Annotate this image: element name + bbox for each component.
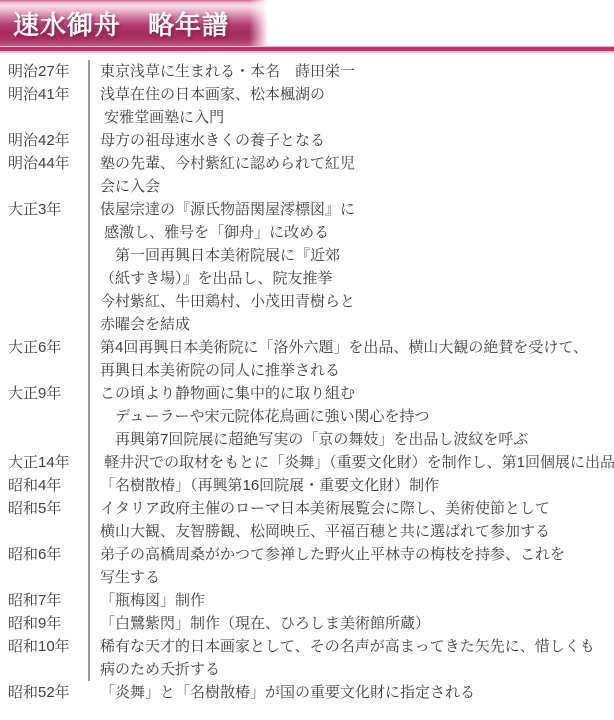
chronology-row: 昭和6年 弟子の高橋周桑がかつて参禅した野火止平林寺の梅枝を持参、これを写生する [0, 543, 614, 589]
chronology-row: 昭和5年 イタリア政府主催のローマ日本美術展覧会に際し、美術使節として横山大観、… [0, 497, 614, 543]
event-lines: 「瓶梅図」制作 [90, 589, 614, 612]
event-lines: 東京浅草に生まれる・本名 蒔田栄一 [90, 60, 614, 83]
era-year-label: 昭和10年 [0, 635, 90, 681]
era-year-label: 明治44年 [0, 152, 90, 198]
event-lines: 塾の先輩、今村紫紅に認められて紅児会に入会 [90, 152, 614, 198]
event-line: 感激し、雅号を「御舟」に改める [100, 221, 614, 244]
era-year-label: 大正14年 [0, 451, 90, 474]
chronology-row: 昭和52年 「炎舞」と「名樹散椿」が国の重要文化財に指定される [0, 681, 614, 704]
chronology-row: 大正14年 軽井沢での取材をもとに「炎舞」（重要文化財）を制作し、第1回個展に出… [0, 451, 614, 474]
event-lines: 浅草在住の日本画家、松本楓湖の 安雅堂画塾に入門 [90, 83, 614, 129]
event-line: 塾の先輩、今村紫紅に認められて紅児 [100, 152, 614, 175]
event-line: 俵屋宗達の『源氏物語関屋澪標図』に [100, 198, 614, 221]
era-year-label: 明治41年 [0, 83, 90, 129]
era-year-label: 昭和5年 [0, 497, 90, 543]
event-line: デューラーや宋元院体花鳥画に強い関心を持つ [100, 405, 614, 428]
chronology-row: 明治41年 浅草在住の日本画家、松本楓湖の 安雅堂画塾に入門 [0, 83, 614, 129]
era-year-label: 昭和4年 [0, 474, 90, 497]
era-year-label: 明治27年 [0, 60, 90, 83]
chronology-row: 明治42年 母方の祖母速水きくの養子となる [0, 129, 614, 152]
event-line: 軽井沢での取材をもとに「炎舞」（重要文化財）を制作し、第1回個展に出品 [100, 451, 614, 474]
header-rule [0, 46, 614, 53]
event-line: 弟子の高橋周桑がかつて参禅した野火止平林寺の梅枝を持参、これを [100, 543, 614, 566]
chronology-row: 大正6年 第4回再興日本美術院に「洛外六題」を出品、横山大観の絶賛を受けて、再興… [0, 336, 614, 382]
era-year-label: 大正3年 [0, 198, 90, 336]
chronology-row: 昭和7年 「瓶梅図」制作 [0, 589, 614, 612]
event-line: 会に入会 [100, 175, 614, 198]
event-line: 安雅堂画塾に入門 [100, 106, 614, 129]
event-line: この頃より静物画に集中的に取り組む [100, 382, 614, 405]
event-line: 横山大観、友智勝観、松岡映丘、平福百穂と共に選ばれて参加する [100, 520, 614, 543]
event-line: 再興日本美術院の同人に推挙される [100, 359, 614, 382]
chronology-row: 大正3年 俵屋宗達の『源氏物語関屋澪標図』に 感激し、雅号を「御舟」に改める 第… [0, 198, 614, 336]
chronology-row: 明治27年 東京浅草に生まれる・本名 蒔田栄一 [0, 60, 614, 83]
event-lines: 俵屋宗達の『源氏物語関屋澪標図』に 感激し、雅号を「御舟」に改める 第一回再興日… [90, 198, 614, 336]
event-line: （紙すき場）』を出品し、院友推挙 [100, 267, 614, 290]
event-lines: この頃より静物画に集中的に取り組む デューラーや宋元院体花鳥画に強い関心を持つ … [90, 382, 614, 451]
page-title-bar: 速水御舟 略年譜 [0, 0, 268, 46]
event-line: 第4回再興日本美術院に「洛外六題」を出品、横山大観の絶賛を受けて、 [100, 336, 614, 359]
event-line: 東京浅草に生まれる・本名 蒔田栄一 [100, 60, 614, 83]
event-line: イタリア政府主催のローマ日本美術展覧会に際し、美術使節として [100, 497, 614, 520]
event-line: 第一回再興日本美術院展に『近郊 [100, 244, 614, 267]
era-year-label: 大正9年 [0, 382, 90, 451]
event-lines: 弟子の高橋周桑がかつて参禅した野火止平林寺の梅枝を持参、これを写生する [90, 543, 614, 589]
event-line: 写生する [100, 566, 614, 589]
chronology-row: 昭和4年 「名樹散椿」（再興第16回院展・重要文化財）制作 [0, 474, 614, 497]
chronology-row: 大正9年 この頃より静物画に集中的に取り組む デューラーや宋元院体花鳥画に強い関… [0, 382, 614, 451]
event-lines: イタリア政府主催のローマ日本美術展覧会に際し、美術使節として横山大観、友智勝観、… [90, 497, 614, 543]
era-year-label: 昭和52年 [0, 681, 90, 704]
event-lines: 母方の祖母速水きくの養子となる [90, 129, 614, 152]
event-line: 「瓶梅図」制作 [100, 589, 614, 612]
event-lines: 第4回再興日本美術院に「洛外六題」を出品、横山大観の絶賛を受けて、再興日本美術院… [90, 336, 614, 382]
event-lines: 軽井沢での取材をもとに「炎舞」（重要文化財）を制作し、第1回個展に出品 [90, 451, 614, 474]
event-line: 病のため夭折する [100, 658, 614, 681]
chronology-table: 明治27年 東京浅草に生まれる・本名 蒔田栄一 明治41年 浅草在住の日本画家、… [0, 60, 614, 704]
event-line: 赤曜会を結成 [100, 313, 614, 336]
event-line: 浅草在住の日本画家、松本楓湖の [100, 83, 614, 106]
event-lines: 「炎舞」と「名樹散椿」が国の重要文化財に指定される [90, 681, 614, 704]
event-line: 「名樹散椿」（再興第16回院展・重要文化財）制作 [100, 474, 614, 497]
event-line: 再興第7回院展に超絶写実の「京の舞妓」を出品し波紋を呼ぶ [100, 428, 614, 451]
event-lines: 「白鷺紫閃」制作（現在、ひろしま美術館所蔵） [90, 612, 614, 635]
event-line: 「炎舞」と「名樹散椿」が国の重要文化財に指定される [100, 681, 614, 704]
chronology-row: 昭和10年 稀有な天才的日本画家として、その名声が高まってきた矢先に、惜しくも病… [0, 635, 614, 681]
event-lines: 稀有な天才的日本画家として、その名声が高まってきた矢先に、惜しくも病のため夭折す… [90, 635, 614, 681]
era-year-label: 昭和9年 [0, 612, 90, 635]
page-title: 速水御舟 略年譜 [13, 5, 229, 42]
event-line: 「白鷺紫閃」制作（現在、ひろしま美術館所蔵） [100, 612, 614, 635]
chronology-row: 昭和9年 「白鷺紫閃」制作（現在、ひろしま美術館所蔵） [0, 612, 614, 635]
event-line: 今村紫紅、牛田鶏村、小茂田青樹らと [100, 290, 614, 313]
event-line: 稀有な天才的日本画家として、その名声が高まってきた矢先に、惜しくも [100, 635, 614, 658]
chronology-row: 明治44年 塾の先輩、今村紫紅に認められて紅児会に入会 [0, 152, 614, 198]
era-year-label: 昭和7年 [0, 589, 90, 612]
era-year-label: 大正6年 [0, 336, 90, 382]
event-lines: 「名樹散椿」（再興第16回院展・重要文化財）制作 [90, 474, 614, 497]
era-year-label: 明治42年 [0, 129, 90, 152]
era-year-label: 昭和6年 [0, 543, 90, 589]
event-line: 母方の祖母速水きくの養子となる [100, 129, 614, 152]
